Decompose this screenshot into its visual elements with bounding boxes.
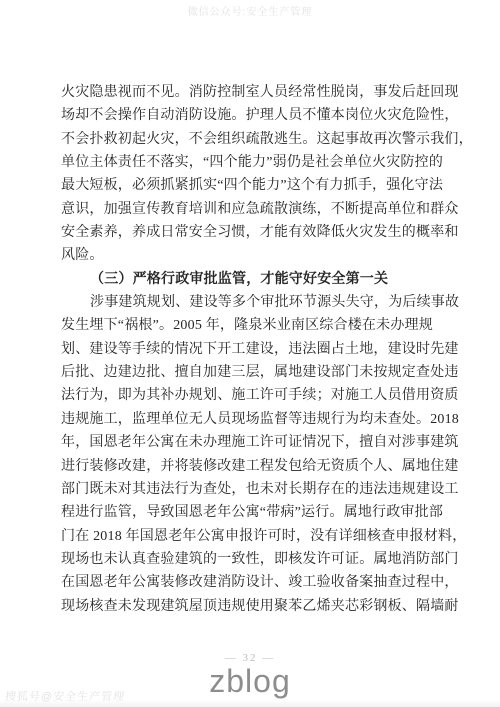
text-line: 意识，加强宣传教育培训和应急疏散演练，不断提高单位和群众	[61, 198, 443, 221]
text-line: 在国恩老年公寓装修改建消防设计、竣工验收备案抽查过程中，	[61, 571, 443, 594]
text-line: 最大短板，必须抓紧抓实“四个能力”这个有力抓手，强化守法	[61, 174, 443, 197]
text-line: 部门既未对其违法行为查处，也未对长期存在的违法违规建设工	[61, 478, 443, 501]
text-line: 现场也未认真查验建筑的一致性，即核发许可证。属地消防部门	[61, 548, 443, 571]
text-line: 划、建设等手续的情况下开工建设，违法圈占土地，建设时先建	[61, 338, 443, 361]
text-line: 单位主体责任不落实，“四个能力”弱仍是社会单位火灾防控的	[61, 151, 443, 174]
text-line: 法行为，即为其补办规划、施工许可手续；对施工人员借用资质	[61, 384, 443, 407]
document-page: 微信公众号:安全生产管理 火灾隐患视而不见。消防控制室人员经常性脱岗，事发后赶回…	[0, 0, 500, 707]
text-line: 程进行监管，导致国恩老年公寓“带病”运行。属地行政审批部	[61, 501, 443, 524]
top-watermark: 微信公众号:安全生产管理	[0, 3, 500, 18]
text-line: 后批、边建边批、擅自加建三层，属地建设部门未按规定查处违	[61, 361, 443, 384]
text-line: 发生埋下“祸根”。2005 年，隆泉米业南区综合楼在未办理规	[61, 314, 443, 337]
text-line: 进行装修改建，并将装修改建工程发包给无资质个人、属地住建	[61, 455, 443, 478]
text-line: 不会扑救初起火灾，不会组织疏散逃生。这起事故再次警示我们，	[61, 128, 443, 151]
section-heading: （三）严格行政审批监管，才能守好安全第一关	[61, 268, 443, 291]
document-body: 火灾隐患视而不见。消防控制室人员经常性脱岗，事发后赶回现场却不会操作自动消防设施…	[61, 81, 443, 618]
text-line: 风险。	[61, 244, 443, 267]
text-line: 年，国恩老年公寓在未办理施工许可证情况下，擅自对涉事建筑	[61, 431, 443, 454]
text-line: 场却不会操作自动消防设施。护理人员不懂本岗位火灾危险性，	[61, 104, 443, 127]
paragraph-2-intro-line: 涉事建筑规划、建设等多个审批环节源头失守，为后续事故	[61, 291, 443, 314]
text-line: 违规施工，监理单位无人员现场监督等违规行为均未查处。2018	[61, 408, 443, 431]
text-line: 安全素养，养成日常安全习惯，才能有效降低火灾发生的概率和	[61, 221, 443, 244]
page-bottom-shade	[0, 700, 500, 707]
paragraph-1: 火灾隐患视而不见。消防控制室人员经常性脱岗，事发后赶回现场却不会操作自动消防设施…	[61, 81, 443, 268]
text-line: 门在 2018 年国恩老年公寓申报许可时，没有详细核查申报材料，	[61, 525, 443, 548]
paragraph-2: 发生埋下“祸根”。2005 年，隆泉米业南区综合楼在未办理规划、建设等手续的情况…	[61, 314, 443, 617]
text-line: 火灾隐患视而不见。消防控制室人员经常性脱岗，事发后赶回现	[61, 81, 443, 104]
text-line: 现场核查未发现建筑屋顶违规使用聚苯乙烯夹芯彩钢板、隔墙耐	[61, 595, 443, 618]
